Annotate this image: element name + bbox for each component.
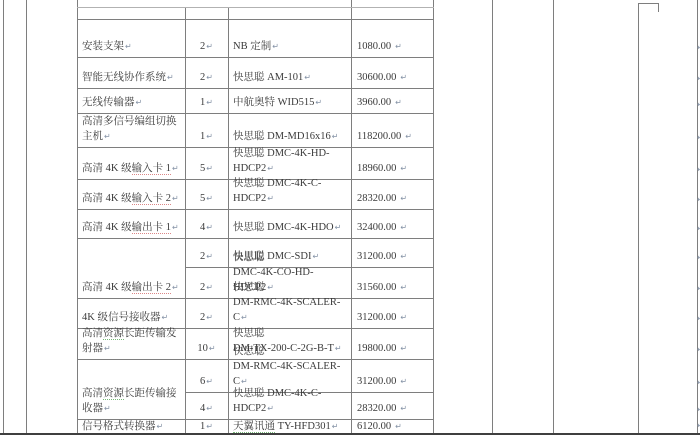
cell-end-mark: ↵ xyxy=(206,422,213,431)
empty-cell[interactable] xyxy=(493,0,553,433)
cell-end-mark: ↵ xyxy=(267,164,274,173)
price-cell[interactable]: 30600.00↵ xyxy=(352,57,432,88)
cell-end-mark: ↵ xyxy=(405,132,412,141)
price-value: 1080.00 xyxy=(357,41,391,52)
brand-model: 快思聪 DM-RMC-4K-SCALER-C xyxy=(233,346,340,387)
price-value: 31200.00 xyxy=(357,312,396,323)
table-grid-vline xyxy=(697,0,698,434)
cell-end-mark: ↵ xyxy=(206,98,213,107)
price-value: 30600.00 xyxy=(357,72,396,83)
price-cell[interactable]: 31200.00↵ xyxy=(352,359,432,392)
quantity-cell[interactable]: 1↵ xyxy=(186,419,227,434)
cell-end-mark: ↵ xyxy=(206,313,213,322)
cell-end-mark: ↵ xyxy=(315,98,322,107)
item-name-cell[interactable]: 高清 4K 级输入卡 1↵ xyxy=(78,147,184,179)
item-name-cell[interactable]: 高清 4K 级输出卡 2↵ xyxy=(78,238,184,298)
quantity-value: 1 xyxy=(200,421,205,432)
item-name-cell[interactable]: 高清资源长距传输接收器↵ xyxy=(78,359,184,419)
price-cell[interactable]: 31200.00↵ xyxy=(352,298,432,328)
cell-end-mark: ↵ xyxy=(104,404,111,413)
item-name-cell[interactable]: 智能无线协作系统↵ xyxy=(78,57,184,88)
price-cell[interactable]: 28320.00↵ xyxy=(352,179,432,209)
spellcheck-underline: 输出卡 2 xyxy=(132,282,171,294)
item-name-cell[interactable]: 高清资源长距传输发射器↵ xyxy=(78,328,184,359)
cell-end-mark: ↵ xyxy=(395,422,402,431)
item-name-cell[interactable]: 高清 4K 级输入卡 2↵ xyxy=(78,179,184,209)
spellcheck-underline: 资源 xyxy=(103,328,124,340)
quantity-value: 5 xyxy=(200,163,205,174)
price-cell[interactable]: 6120.00↵ xyxy=(352,419,432,434)
quantity-value: 10 xyxy=(197,343,208,354)
empty-cell[interactable] xyxy=(434,0,492,433)
cell-end-mark: ↵ xyxy=(206,223,213,232)
cell-end-mark: ↵ xyxy=(206,404,213,413)
brand-model: 中航奥特 WID515 xyxy=(233,97,314,108)
price-value: 118200.00 xyxy=(357,131,401,142)
brand-model-cell[interactable]: NB 定制↵ xyxy=(229,19,350,57)
brand-model: 快思聪 AM-101 xyxy=(233,72,303,83)
quantity-value: 6 xyxy=(200,376,205,387)
brand-model: NB 定制 xyxy=(233,41,271,52)
cell-end-mark: ↵ xyxy=(172,283,179,292)
price-value: 18960.00 xyxy=(357,163,396,174)
cell-end-mark: ↵ xyxy=(400,377,407,386)
price-cell[interactable]: 3960.00↵ xyxy=(352,88,432,113)
brand-model-cell[interactable]: 快思聪 DM-MD16x16↵ xyxy=(229,113,350,147)
cell-end-mark: ↵ xyxy=(136,98,143,107)
item-name-cell[interactable]: 4K 级信号接收器↵ xyxy=(78,298,184,328)
price-cell[interactable]: 28320.00↵ xyxy=(352,392,432,419)
price-value: 31560.00 xyxy=(357,282,396,293)
price-cell[interactable]: 18960.00↵ xyxy=(352,147,432,179)
quantity-value: 2 xyxy=(200,41,205,52)
quantity-cell[interactable]: 2↵ xyxy=(186,57,227,88)
price-cell[interactable]: 19800.00↵ xyxy=(352,328,432,359)
cell-end-mark: ↵ xyxy=(241,313,248,322)
cell-end-mark: ↵ xyxy=(206,132,213,141)
brand-model: TY-HFD301 xyxy=(275,421,331,432)
empty-cell[interactable] xyxy=(639,0,697,433)
brand-model: 快思聪 DMC-4K-C-HDCP2 xyxy=(233,388,321,414)
cell-end-mark: ↵ xyxy=(400,313,407,322)
quantity-value: 4 xyxy=(200,403,205,414)
brand-model: 快思聪 DMC-4K-C-HDCP2 xyxy=(233,178,321,204)
brand-model-cell[interactable]: 天翼讯通 TY-HFD301↵ xyxy=(229,419,350,434)
price-value: 28320.00 xyxy=(357,193,396,204)
cell-end-mark: ↵ xyxy=(206,377,213,386)
cell-end-mark: ↵ xyxy=(172,223,179,232)
cell-end-mark: ↵ xyxy=(206,252,213,261)
price-cell[interactable]: 118200.00↵ xyxy=(352,113,432,147)
price-value: 31200.00 xyxy=(357,376,396,387)
cell-end-mark: ↵ xyxy=(172,164,179,173)
document-page: 安装支架↵ 智能无线协作系统↵ 无线传输器↵ 高清多信号编组切换主机↵ 高清 4… xyxy=(0,0,700,443)
cell-end-mark: ↵ xyxy=(272,42,279,51)
price-value: 28320.00 xyxy=(357,403,396,414)
cell-end-mark: ↵ xyxy=(400,283,407,292)
item-name: 高清多信号编组切换主机 xyxy=(82,116,177,142)
item-name-cell[interactable]: 信号格式转换器↵ xyxy=(78,419,184,434)
brand-model-cell[interactable]: 快思聪 DMC-4K-C-HDCP2↵ xyxy=(229,179,350,209)
item-name-cell[interactable]: 安装支架↵ xyxy=(78,19,184,57)
brand-model-cell[interactable]: 快思聪 DMC-4K-HD-HDCP2↵ xyxy=(229,147,350,179)
brand-model: 快思聪 DMC-4K-HD-HDCP2 xyxy=(233,148,330,174)
quantity-value: 2 xyxy=(200,282,205,293)
quantity-cell[interactable]: 10↵ xyxy=(186,328,227,359)
quantity-cell[interactable]: 5↵ xyxy=(186,147,227,179)
quantity-cell[interactable]: 2↵ xyxy=(186,19,227,57)
cell-end-mark: ↵ xyxy=(395,98,402,107)
item-name: 高清 4K 级 xyxy=(82,282,132,293)
empty-cell[interactable] xyxy=(27,0,77,433)
price-cell[interactable]: 1080.00↵ xyxy=(352,19,432,57)
cell-end-mark: ↵ xyxy=(332,132,339,141)
price-cell[interactable]: 31560.00↵ xyxy=(352,267,432,298)
quantity-cell[interactable]: 5↵ xyxy=(186,179,227,209)
spellcheck-underline: 资源 xyxy=(103,388,124,400)
price-value: 6120.00 xyxy=(357,421,391,432)
cell-end-mark: ↵ xyxy=(400,164,407,173)
price-value: 19800.00 xyxy=(357,343,396,354)
empty-cell[interactable] xyxy=(4,0,26,433)
spellcheck-underline: 天翼讯通 xyxy=(233,421,275,433)
item-name: 高清 xyxy=(82,388,103,399)
item-name: 高清 4K 级 xyxy=(82,222,132,233)
cell-end-mark: ↵ xyxy=(206,42,213,51)
brand-model-cell[interactable]: 快思聪 DM-RMC-4K-SCALER-C↵ xyxy=(229,298,350,328)
brand-model-cell[interactable]: 快思聪 DMC-4K-HDO↵ xyxy=(229,209,350,238)
cell-end-mark: ↵ xyxy=(206,194,213,203)
cell-end-mark: ↵ xyxy=(172,194,179,203)
item-name: 高清 xyxy=(82,328,103,339)
quantity-cell[interactable]: 4↵ xyxy=(186,209,227,238)
cell-end-mark: ↵ xyxy=(400,73,407,82)
empty-cell[interactable] xyxy=(554,0,638,433)
cell-end-mark: ↵ xyxy=(157,422,164,431)
quantity-cell[interactable]: 6↵ xyxy=(186,359,227,392)
item-name: 高清 4K 级 xyxy=(82,193,132,204)
item-name: 安装支架 xyxy=(82,41,124,52)
quantity-value: 2 xyxy=(200,251,205,262)
price-value: 32400.00 xyxy=(357,222,396,233)
quantity-cell[interactable]: 2↵ xyxy=(186,238,227,267)
quantity-value: 2 xyxy=(200,312,205,323)
price-cell[interactable]: 31200.00↵ xyxy=(352,238,432,267)
cell-end-mark: ↵ xyxy=(241,377,248,386)
quantity-value: 4 xyxy=(200,222,205,233)
quantity-cell[interactable]: 1↵ xyxy=(186,88,227,113)
brand-model: 快思聪 DM-MD16x16 xyxy=(233,131,331,142)
price-cell[interactable]: 32400.00↵ xyxy=(352,209,432,238)
item-name-cell[interactable]: 高清 4K 级输出卡 1↵ xyxy=(78,209,184,238)
cell-end-mark: ↵ xyxy=(209,344,216,353)
quantity-cell[interactable]: 2↵ xyxy=(186,267,227,298)
cell-end-mark: ↵ xyxy=(400,252,407,261)
cell-end-mark: ↵ xyxy=(400,194,407,203)
item-name-cell[interactable]: 高清多信号编组切换主机↵ xyxy=(78,113,184,147)
quantity-cell[interactable]: 4↵ xyxy=(186,392,227,419)
quantity-cell[interactable]: 2↵ xyxy=(186,298,227,328)
cell-end-mark: ↵ xyxy=(161,313,168,322)
brand-model-cell[interactable]: 快思聪 AM-101↵ xyxy=(229,57,350,88)
quantity-cell[interactable]: 1↵ xyxy=(186,113,227,147)
cell-end-mark: ↵ xyxy=(400,404,407,413)
quantity-value: 1 xyxy=(200,97,205,108)
cell-end-mark: ↵ xyxy=(104,344,111,353)
cell-end-mark: ↵ xyxy=(400,344,407,353)
quantity-value: 5 xyxy=(200,193,205,204)
item-name: 信号格式转换器 xyxy=(82,421,156,432)
cell-end-mark: ↵ xyxy=(206,164,213,173)
spellcheck-underline: 输入卡 2 xyxy=(132,193,171,205)
item-name-cell[interactable]: 无线传输器↵ xyxy=(78,88,184,113)
cell-end-mark: ↵ xyxy=(304,73,311,82)
cell-end-mark: ↵ xyxy=(167,73,174,82)
item-name: 高清 4K 级 xyxy=(82,163,132,174)
item-name: 4K 级信号接收器 xyxy=(82,312,160,323)
cell-end-mark: ↵ xyxy=(206,73,213,82)
price-value: 3960.00 xyxy=(357,97,391,108)
cell-end-mark: ↵ xyxy=(125,42,132,51)
item-name: 无线传输器 xyxy=(82,97,135,108)
cell-end-mark: ↵ xyxy=(267,404,274,413)
cell-end-mark: ↵ xyxy=(395,42,402,51)
price-value: 31200.00 xyxy=(357,251,396,262)
brand-model-cell[interactable]: 中航奥特 WID515↵ xyxy=(229,88,350,113)
quantity-value: 2 xyxy=(200,72,205,83)
cell-end-mark: ↵ xyxy=(267,194,274,203)
cell-end-mark: ↵ xyxy=(332,422,339,431)
cell-end-mark: ↵ xyxy=(104,132,111,141)
brand-model: 快思聪 DMC-4K-HDO xyxy=(233,222,334,233)
spellcheck-underline: 输出卡 1 xyxy=(132,222,171,234)
cell-end-mark: ↵ xyxy=(206,283,213,292)
table-grid-hline xyxy=(77,7,434,8)
brand-model-cell[interactable]: 快思聪 DMC-4K-C-HDCP2↵ xyxy=(229,392,350,419)
spellcheck-underline: 输入卡 1 xyxy=(132,163,171,175)
quantity-value: 1 xyxy=(200,131,205,142)
cell-end-mark: ↵ xyxy=(400,223,407,232)
brand-model: 快思聪 DM-RMC-4K-SCALER-C xyxy=(233,282,340,323)
cell-end-mark: ↵ xyxy=(335,223,342,232)
item-name: 智能无线协作系统 xyxy=(82,72,166,83)
